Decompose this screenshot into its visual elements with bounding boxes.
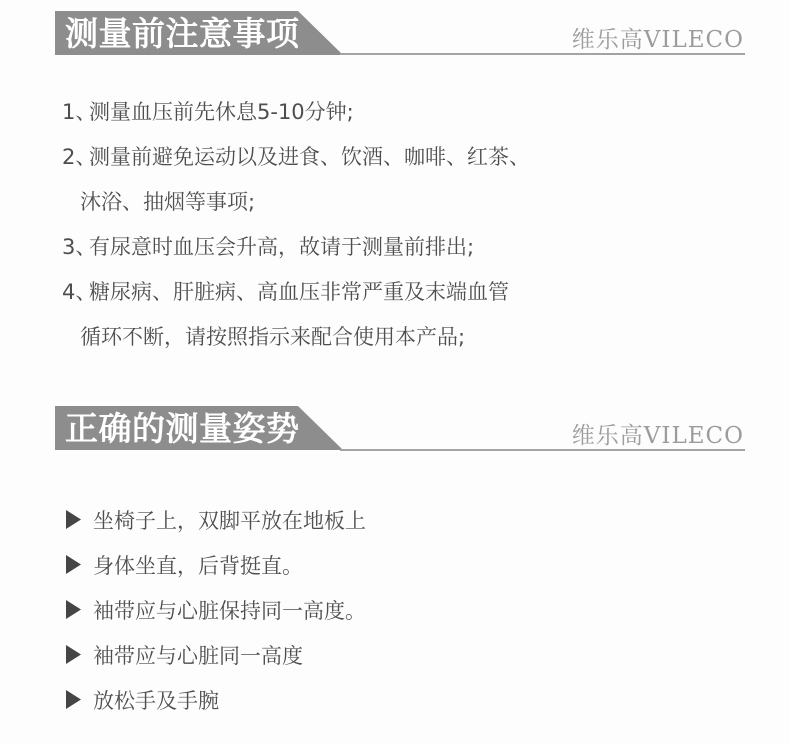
divider-line bbox=[340, 449, 745, 451]
posture-list: 坐椅子上，双脚平放在地板上 身体坐直，后背挺直。 袖带应与心脏保持同一高度。 袖… bbox=[66, 497, 790, 722]
item-number: 2、 bbox=[62, 141, 89, 171]
section-header-precautions: 测量前注意事项 维乐高VILECO bbox=[0, 0, 790, 57]
item-text: 测量前避免运动以及进食、饮酒、咖啡、红茶、 bbox=[89, 141, 530, 171]
section-title-banner: 测量前注意事项 bbox=[55, 11, 343, 55]
right-triangle-bullet-icon bbox=[66, 510, 81, 529]
list-item: 2、 测量前避免运动以及进食、饮酒、咖啡、红茶、 bbox=[62, 133, 790, 178]
item-text: 糖尿病、肝脏病、高血压非常严重及末端血管 bbox=[89, 276, 509, 306]
item-text: 沐浴、抽烟等事项; bbox=[80, 186, 255, 216]
list-item: 袖带应与心脏保持同一高度。 bbox=[66, 587, 790, 632]
item-text: 循环不断，请按照指示来配合使用本产品; bbox=[80, 321, 465, 351]
section-title: 正确的测量姿势 bbox=[65, 412, 300, 445]
item-number: 4、 bbox=[62, 276, 89, 306]
brand-logo-text: 维乐高VILECO bbox=[572, 28, 744, 53]
right-triangle-bullet-icon bbox=[66, 690, 81, 709]
list-item: 1、 测量血压前先休息5-10分钟; bbox=[62, 88, 790, 133]
item-text: 测量血压前先休息5-10分钟; bbox=[89, 96, 354, 126]
list-item-continuation: 循环不断，请按照指示来配合使用本产品; bbox=[62, 313, 790, 358]
item-text: 身体坐直，后背挺直。 bbox=[93, 550, 303, 580]
item-text: 有尿意时血压会升高，故请于测量前排出; bbox=[89, 231, 474, 261]
right-triangle-bullet-icon bbox=[66, 645, 81, 664]
list-item: 放松手及手腕 bbox=[66, 677, 790, 722]
item-text: 袖带应与心脏同一高度 bbox=[93, 640, 303, 670]
list-item: 袖带应与心脏同一高度 bbox=[66, 632, 790, 677]
list-item: 4、 糖尿病、肝脏病、高血压非常严重及末端血管 bbox=[62, 268, 790, 313]
section-title-banner: 正确的测量姿势 bbox=[55, 406, 343, 450]
brand-logo-text: 维乐高VILECO bbox=[572, 424, 744, 449]
list-item-continuation: 沐浴、抽烟等事项; bbox=[62, 178, 790, 223]
list-item: 身体坐直，后背挺直。 bbox=[66, 542, 790, 587]
section-header-posture: 正确的测量姿势 维乐高VILECO bbox=[0, 406, 790, 453]
list-item: 坐椅子上，双脚平放在地板上 bbox=[66, 497, 790, 542]
item-number: 1、 bbox=[62, 96, 89, 126]
divider-line bbox=[340, 53, 745, 55]
item-text: 放松手及手腕 bbox=[93, 685, 219, 715]
right-triangle-bullet-icon bbox=[66, 555, 81, 574]
product-info-page: 测量前注意事项 维乐高VILECO 1、 测量血压前先休息5-10分钟; 2、 … bbox=[0, 0, 790, 743]
section-title: 测量前注意事项 bbox=[65, 17, 300, 50]
item-number: 3、 bbox=[62, 231, 89, 261]
precautions-list: 1、 测量血压前先休息5-10分钟; 2、 测量前避免运动以及进食、饮酒、咖啡、… bbox=[62, 88, 790, 358]
item-text: 袖带应与心脏保持同一高度。 bbox=[93, 595, 366, 625]
list-item: 3、 有尿意时血压会升高，故请于测量前排出; bbox=[62, 223, 790, 268]
right-triangle-bullet-icon bbox=[66, 600, 81, 619]
item-text: 坐椅子上，双脚平放在地板上 bbox=[93, 505, 366, 535]
